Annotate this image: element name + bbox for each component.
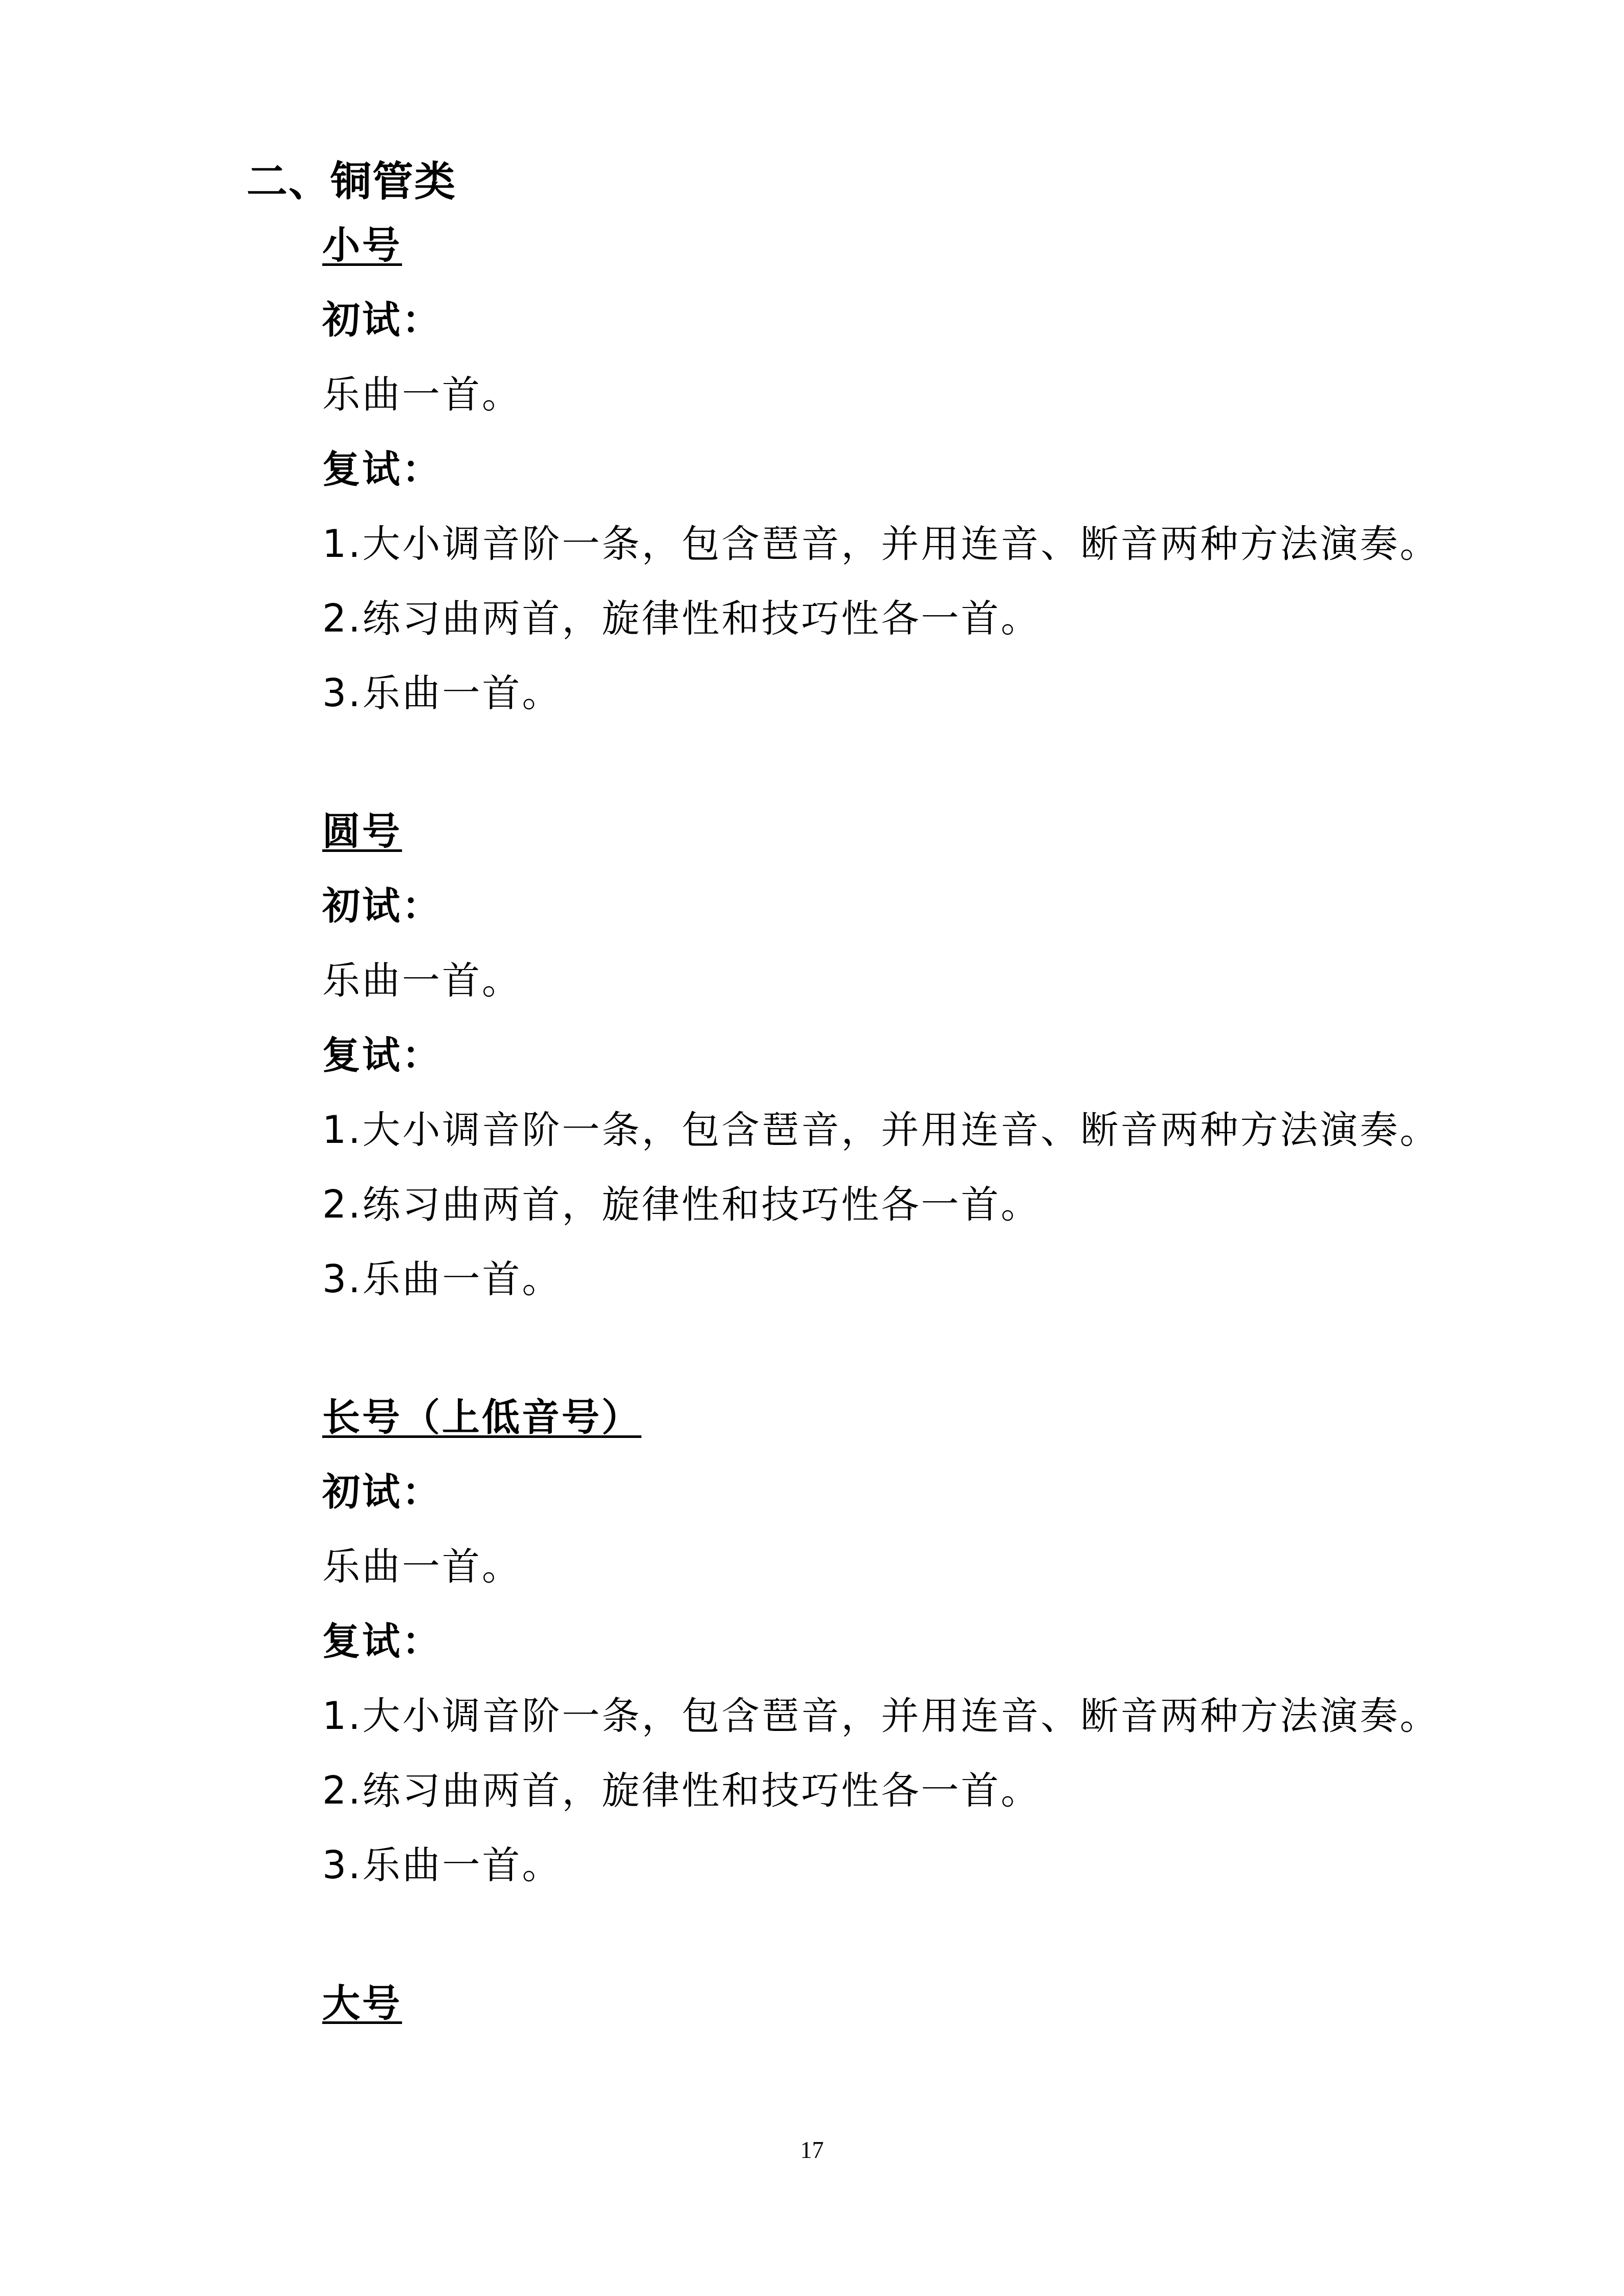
instrument-block-tuba: 大号 xyxy=(322,1978,402,2053)
instrument-name: 大号 xyxy=(322,1978,402,2053)
retest-label: 复试： xyxy=(322,1030,1440,1105)
retest-label: 复试： xyxy=(322,444,1440,519)
instrument-name: 小号 xyxy=(322,220,1440,295)
retest-item: 3.乐曲一首。 xyxy=(322,1254,1440,1329)
preliminary-label: 初试： xyxy=(322,1467,1440,1541)
preliminary-content: 乐曲一首。 xyxy=(322,369,1440,444)
retest-item: 1.大小调音阶一条，包含琶音，并用连音、断音两种方法演奏。 xyxy=(322,1691,1440,1765)
retest-label: 复试： xyxy=(322,1616,1440,1691)
retest-item: 2.练习曲两首，旋律性和技巧性各一首。 xyxy=(322,593,1440,668)
instrument-name: 圆号 xyxy=(322,806,1440,881)
page-number: 17 xyxy=(0,2136,1624,2164)
retest-item: 3.乐曲一首。 xyxy=(322,668,1440,742)
preliminary-label: 初试： xyxy=(322,881,1440,955)
retest-item: 2.练习曲两首，旋律性和技巧性各一首。 xyxy=(322,1179,1440,1254)
preliminary-content: 乐曲一首。 xyxy=(322,955,1440,1030)
retest-item: 2.练习曲两首，旋律性和技巧性各一首。 xyxy=(322,1765,1440,1840)
instrument-block-horn: 圆号 初试： 乐曲一首。 复试： 1.大小调音阶一条，包含琶音，并用连音、断音两… xyxy=(322,806,1440,1329)
instrument-name: 长号（上低音号） xyxy=(322,1392,1440,1467)
instrument-block-trombone: 长号（上低音号） 初试： 乐曲一首。 复试： 1.大小调音阶一条，包含琶音，并用… xyxy=(322,1392,1440,1915)
instrument-block-trumpet: 小号 初试： 乐曲一首。 复试： 1.大小调音阶一条，包含琶音，并用连音、断音两… xyxy=(322,220,1440,742)
retest-item: 1.大小调音阶一条，包含琶音，并用连音、断音两种方法演奏。 xyxy=(322,519,1440,593)
preliminary-label: 初试： xyxy=(322,295,1440,369)
document-page: 二、铜管类 小号 初试： 乐曲一首。 复试： 1.大小调音阶一条，包含琶音，并用… xyxy=(0,0,1624,2296)
retest-item: 1.大小调音阶一条，包含琶音，并用连音、断音两种方法演奏。 xyxy=(322,1105,1440,1179)
preliminary-content: 乐曲一首。 xyxy=(322,1541,1440,1616)
retest-item: 3.乐曲一首。 xyxy=(322,1840,1440,1915)
section-title: 二、铜管类 xyxy=(247,156,456,207)
